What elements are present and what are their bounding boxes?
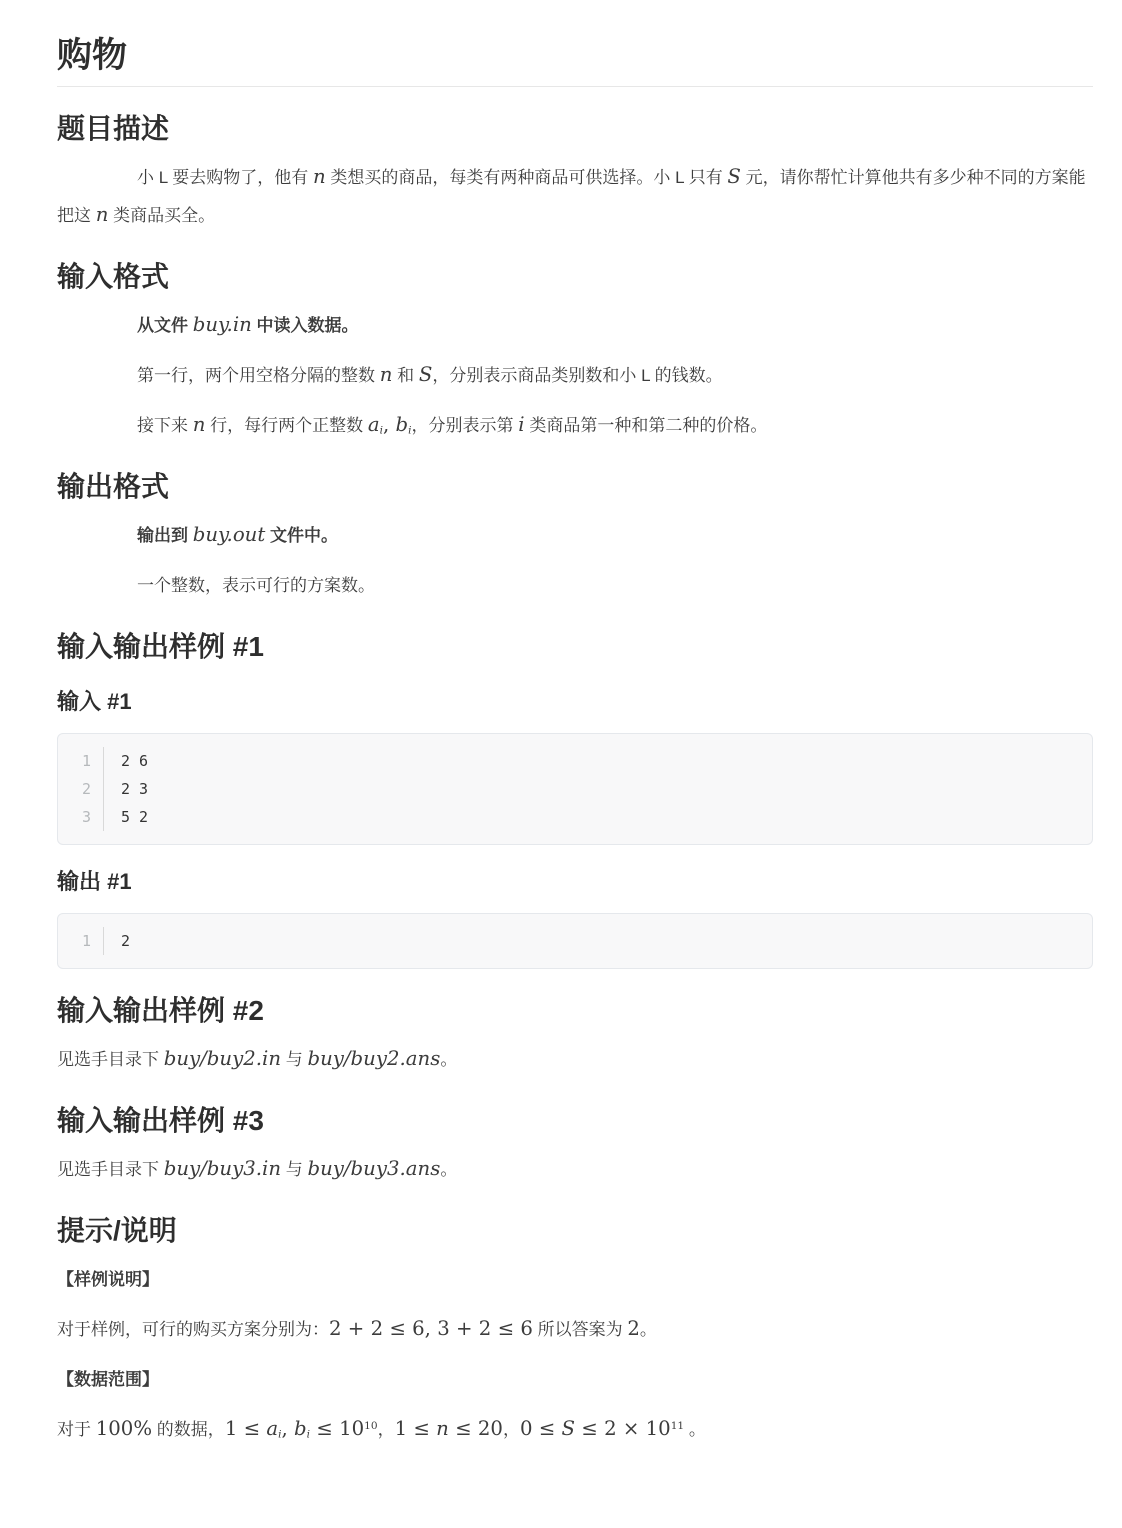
text-run: 接下来 bbox=[137, 416, 193, 435]
page-title: 购物 bbox=[57, 34, 1093, 87]
math-var-s: S bbox=[562, 1417, 576, 1440]
math-expression: 2 + 2 ≤ 6, 3 + 2 ≤ 6 bbox=[329, 1317, 533, 1340]
math-filepath: buy/buy3.ans bbox=[307, 1157, 440, 1180]
math-expression: 1 ≤ bbox=[225, 1417, 267, 1440]
text-run: 文件中。 bbox=[265, 526, 338, 545]
math-var-n: n bbox=[380, 363, 393, 386]
math-var-n: n bbox=[96, 203, 109, 226]
code-line: 35 2 bbox=[58, 803, 1092, 831]
section-heading-output-format: 输出格式 bbox=[57, 469, 1093, 505]
math-var-b: b bbox=[396, 413, 409, 436]
section-heading-sample-1: 输入输出样例 #1 bbox=[57, 629, 1093, 665]
math-var-a: a bbox=[266, 1417, 278, 1440]
text-run: 。 bbox=[440, 1160, 457, 1179]
math-exponent: 11 bbox=[671, 1420, 684, 1432]
hint-sample-explanation: 对于样例，可行的购买方案分别为：2 + 2 ≤ 6, 3 + 2 ≤ 6 所以答… bbox=[57, 1311, 1093, 1349]
code-line: 22 3 bbox=[58, 775, 1092, 803]
text-run: 。 bbox=[440, 1050, 457, 1069]
text-run: 所以答案为 bbox=[533, 1320, 627, 1339]
code-line: 12 bbox=[58, 927, 1092, 955]
text-run: 的数据， bbox=[152, 1420, 225, 1439]
math-exponent: 10 bbox=[364, 1420, 377, 1432]
line-number: 3 bbox=[58, 803, 104, 831]
input-format-paragraph-2: 接下来 n 行，每行两个正整数 ai, bi，分别表示第 i 类商品第一种和第二… bbox=[57, 407, 1093, 445]
math-var-a: a bbox=[368, 413, 380, 436]
sample-1-output-codeblock: 12 bbox=[57, 913, 1093, 969]
math-comma: , bbox=[282, 1417, 295, 1440]
description-paragraph: 小 L 要去购物了，他有 n 类想买的商品，每类有两种商品可供选择。小 L 只有… bbox=[57, 159, 1093, 235]
math-filepath: buy/buy2.ans bbox=[307, 1047, 440, 1070]
math-expression: ≤ 20 bbox=[449, 1417, 503, 1440]
problem-page: 购物 题目描述 小 L 要去购物了，他有 n 类想买的商品，每类有两种商品可供选… bbox=[0, 0, 1122, 1481]
section-heading-input-format: 输入格式 bbox=[57, 259, 1093, 295]
section-heading-sample-2: 输入输出样例 #2 bbox=[57, 993, 1093, 1029]
text-run: 类商品第一种和第二种的价格。 bbox=[525, 416, 768, 435]
hint-data-range: 对于 100% 的数据，1 ≤ ai, bi ≤ 1010，1 ≤ n ≤ 20… bbox=[57, 1411, 1093, 1449]
text-run: 输出到 bbox=[137, 526, 193, 545]
code-text: 5 2 bbox=[104, 803, 148, 831]
math-expression: 0 ≤ bbox=[520, 1417, 562, 1440]
text-run: 与 bbox=[281, 1050, 307, 1069]
section-heading-description: 题目描述 bbox=[57, 111, 1093, 147]
text-run: 小 L 要去购物了，他有 bbox=[137, 168, 313, 187]
hint-label-data-range: 【数据范围】 bbox=[57, 1361, 1093, 1399]
math-var-b: b bbox=[294, 1417, 307, 1440]
line-number: 2 bbox=[58, 775, 104, 803]
text-run: 。 bbox=[640, 1320, 657, 1339]
text-run: 对于样例，可行的购买方案分别为： bbox=[57, 1320, 329, 1339]
math-var-n: n bbox=[436, 1417, 449, 1440]
text-run: 行，每行两个正整数 bbox=[205, 416, 367, 435]
math-comma: , bbox=[383, 413, 396, 436]
text-run: 类商品买全。 bbox=[108, 206, 215, 225]
text-run: 和 bbox=[392, 366, 418, 385]
hint-label-sample-explanation: 【样例说明】 bbox=[57, 1261, 1093, 1299]
math-var-s: S bbox=[727, 165, 741, 188]
math-filepath: buy/buy2.in bbox=[164, 1047, 281, 1070]
math-expression: ≤ 2 × 10 bbox=[575, 1417, 671, 1440]
sample-3-note: 见选手目录下 buy/buy3.in 与 buy/buy3.ans。 bbox=[57, 1151, 1093, 1189]
math-var-s: S bbox=[419, 363, 433, 386]
text-run: 中读入数据。 bbox=[252, 316, 359, 335]
line-number: 1 bbox=[58, 747, 104, 775]
text-run: 第一行，两个用空格分隔的整数 bbox=[137, 366, 380, 385]
subheading-sample-1-output: 输出 #1 bbox=[57, 867, 1093, 897]
output-format-paragraph: 一个整数，表示可行的方案数。 bbox=[57, 567, 1093, 605]
text-run: 见选手目录下 bbox=[57, 1050, 164, 1069]
text-run: 对于 bbox=[57, 1420, 96, 1439]
section-heading-hint: 提示/说明 bbox=[57, 1213, 1093, 1249]
section-heading-sample-3: 输入输出样例 #3 bbox=[57, 1103, 1093, 1139]
math-percent: 100% bbox=[96, 1417, 152, 1440]
text-run: ， bbox=[378, 1420, 395, 1439]
math-filepath: buy/buy3.in bbox=[164, 1157, 281, 1180]
text-run: 。 bbox=[684, 1420, 706, 1439]
sample-2-note: 见选手目录下 buy/buy2.in 与 buy/buy2.ans。 bbox=[57, 1041, 1093, 1079]
math-filename: buy.in bbox=[193, 313, 252, 336]
text-run: 见选手目录下 bbox=[57, 1160, 164, 1179]
text-run: 类想买的商品，每类有两种商品可供选择。小 L 只有 bbox=[326, 168, 728, 187]
code-text: 2 bbox=[104, 927, 130, 955]
code-line: 12 6 bbox=[58, 747, 1092, 775]
text-run: ，分别表示第 bbox=[412, 416, 519, 435]
line-number: 1 bbox=[58, 927, 104, 955]
text-run: 从文件 bbox=[137, 316, 193, 335]
input-file-note: 从文件 buy.in 中读入数据。 bbox=[57, 307, 1093, 345]
text-run: ，分别表示商品类别数和小 L 的钱数。 bbox=[432, 366, 722, 385]
code-text: 2 3 bbox=[104, 775, 148, 803]
code-text: 2 6 bbox=[104, 747, 148, 775]
sample-1-input-codeblock: 12 6 22 3 35 2 bbox=[57, 733, 1093, 845]
input-format-paragraph-1: 第一行，两个用空格分隔的整数 n 和 S，分别表示商品类别数和小 L 的钱数。 bbox=[57, 357, 1093, 395]
math-var-n: n bbox=[313, 165, 326, 188]
text-run: ， bbox=[503, 1420, 520, 1439]
math-expression: ≤ 10 bbox=[310, 1417, 364, 1440]
subheading-sample-1-input: 输入 #1 bbox=[57, 687, 1093, 717]
math-expression: 1 ≤ bbox=[395, 1417, 437, 1440]
text-run: 与 bbox=[281, 1160, 307, 1179]
math-number: 2 bbox=[627, 1317, 640, 1340]
output-file-note: 输出到 buy.out 文件中。 bbox=[57, 517, 1093, 555]
math-filename: buy.out bbox=[193, 523, 266, 546]
math-var-n: n bbox=[193, 413, 206, 436]
